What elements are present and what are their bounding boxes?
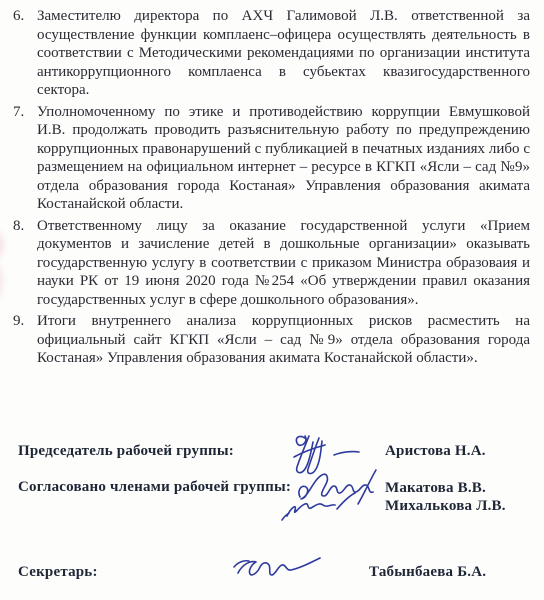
resolution-list: 6. Заместителю директора по АХЧ Галимово… xyxy=(0,7,530,371)
member-name: Макатова В.В. xyxy=(385,479,506,497)
item-number: 8. xyxy=(0,217,30,310)
list-item: 7. Уполномоченному по этике и противодей… xyxy=(0,103,530,214)
secretary-name: Табынбаева Б.А. xyxy=(369,564,486,581)
item-text: Заместителю директора по АХЧ Галимовой Л… xyxy=(37,7,530,100)
list-item: 8. Ответственному лицу за оказание госуд… xyxy=(0,217,530,310)
member-names: Макатова В.В. Михалькова Л.В. xyxy=(385,479,506,515)
chairman-name: Аристова Н.А. xyxy=(385,443,486,460)
list-item: 6. Заместителю директора по АХЧ Галимово… xyxy=(0,7,530,100)
member-signature-2 xyxy=(280,492,360,522)
secretary-label: Секретарь: xyxy=(18,564,98,581)
agreed-members-label: Согласовано членами рабочей группы: xyxy=(18,479,291,496)
document-page: 6. Заместителю директора по АХЧ Галимово… xyxy=(0,0,544,600)
list-item: 9. Итоги внутреннего анализа коррупционн… xyxy=(0,312,530,368)
item-number: 7. xyxy=(0,103,30,214)
item-text: Итоги внутреннего анализа коррупционных … xyxy=(37,312,530,368)
secretary-signature xyxy=(230,552,322,582)
item-number: 6. xyxy=(0,7,30,100)
item-text: Ответственному лицу за оказание государс… xyxy=(37,217,530,310)
member-name: Михалькова Л.В. xyxy=(385,497,506,515)
item-number: 9. xyxy=(0,312,30,368)
chairman-label: Председатель рабочей группы: xyxy=(18,443,234,460)
item-text: Уполномоченному по этике и противодейств… xyxy=(37,103,530,214)
